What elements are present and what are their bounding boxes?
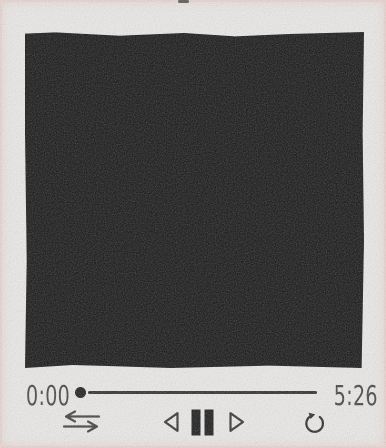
- previous-triangle-icon: [162, 411, 180, 433]
- top-edge-mark: [178, 0, 189, 3]
- progress-handle[interactable]: [75, 387, 86, 398]
- previous-button[interactable]: [162, 411, 180, 433]
- swap-arrows-icon: [61, 410, 102, 433]
- repeat-circular-arrow-icon: [302, 410, 327, 437]
- progress-track[interactable]: [88, 391, 317, 394]
- current-time-label: 0:00: [26, 382, 70, 410]
- total-time-label: 5:26: [334, 382, 378, 410]
- next-button[interactable]: [228, 411, 246, 433]
- shuffle-button[interactable]: [61, 410, 102, 433]
- next-triangle-icon: [228, 411, 246, 433]
- pause-bars-icon: [191, 409, 214, 436]
- repeat-button[interactable]: [302, 410, 327, 437]
- player-window: 0:00 5:26: [0, 0, 386, 448]
- album-artwork: [25, 32, 364, 368]
- pause-button[interactable]: [191, 409, 214, 436]
